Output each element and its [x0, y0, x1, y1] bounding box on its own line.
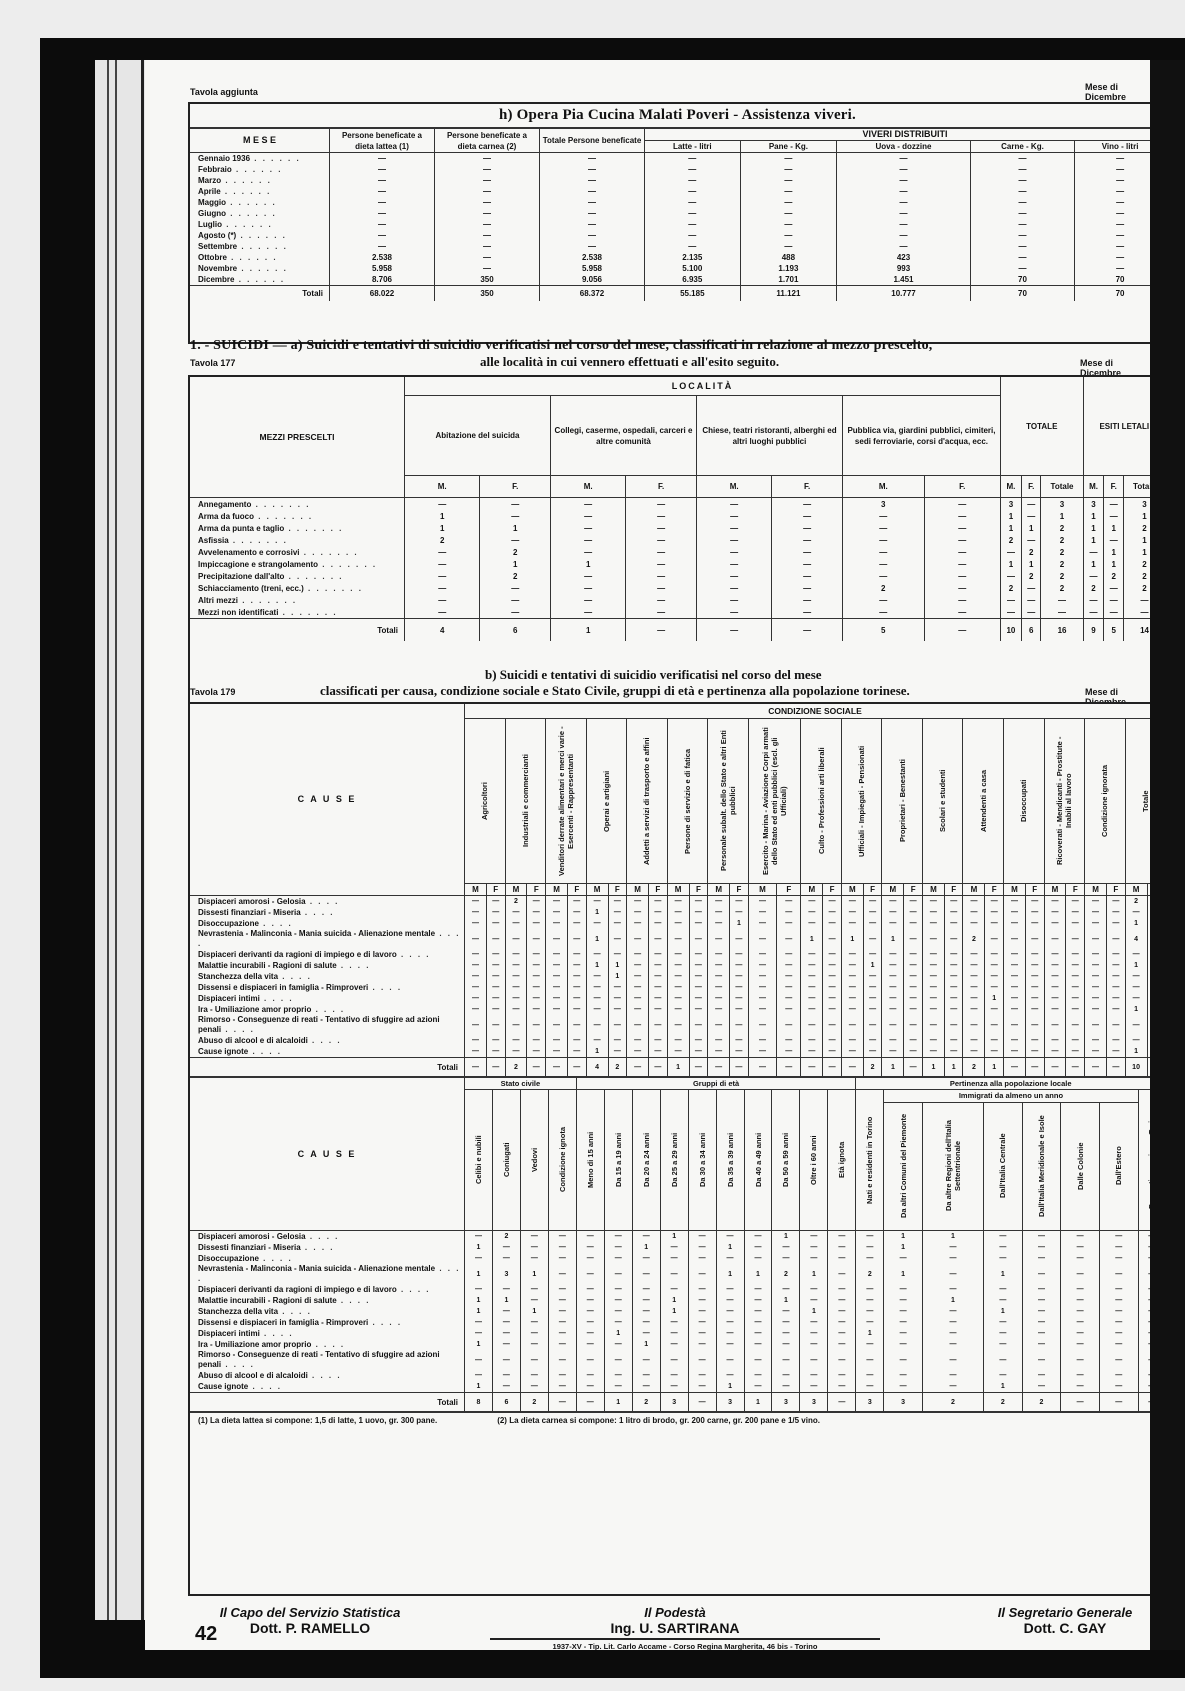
cell-totale: — — [540, 197, 645, 208]
cell: — — [1099, 1328, 1138, 1339]
cell: — — [772, 1370, 800, 1381]
cell: — — [608, 907, 627, 918]
cell: — — [828, 1253, 856, 1264]
cell: — — [1004, 918, 1026, 929]
cell: — — [546, 949, 568, 960]
cell: 1 — [1104, 558, 1124, 570]
cell: — — [882, 918, 904, 929]
col-stato-civile-item: Coniugati — [492, 1090, 520, 1231]
cell: — — [1061, 1231, 1100, 1243]
cell: 1 — [520, 1306, 548, 1317]
leader-dots: . . . . . . . — [278, 608, 337, 617]
cell: 2 — [1021, 570, 1041, 582]
footnotes: (1) La dieta lattea si compone: 1,5 di l… — [190, 1411, 1150, 1428]
cell: — — [882, 1035, 904, 1046]
cell: — — [696, 510, 771, 522]
col-condizione: Disoccupati — [1004, 719, 1045, 884]
cell: — — [527, 929, 546, 949]
cell: — — [985, 1004, 1004, 1015]
cell: — — [1066, 929, 1085, 949]
col-m: M — [465, 884, 487, 896]
cell: — — [486, 993, 505, 1004]
leader-dots: . . . . — [311, 1340, 345, 1349]
cell-totale: — — [540, 175, 645, 186]
table-177-tavola: Tavola 177 — [190, 358, 235, 368]
cell-pane: — — [740, 186, 837, 197]
cell: — — [1066, 907, 1085, 918]
row-cause: Rimorso - Conseguenze di reati - Tentati… — [190, 1015, 465, 1035]
cell: — — [1004, 907, 1026, 918]
cell: — — [856, 1306, 884, 1317]
total-latte: 55.185 — [645, 286, 741, 302]
cell: — — [772, 1242, 800, 1253]
cell: — — [688, 1284, 716, 1295]
cell: — — [505, 993, 527, 1004]
footnote-2: (2) La dieta carnea si compone: 1 litro … — [497, 1416, 820, 1425]
cell: — — [520, 1317, 548, 1328]
col-m: M. — [405, 476, 480, 498]
cell: — — [1061, 1328, 1100, 1339]
col-f: F. — [480, 476, 551, 498]
cell: — — [777, 1004, 801, 1015]
cell-carne: — — [970, 241, 1074, 252]
leader-dots: . . . . . . . — [318, 560, 377, 569]
cell: — — [963, 907, 985, 918]
cell: — — [863, 1046, 882, 1058]
cell: — — [1099, 1242, 1138, 1253]
cell: — — [604, 1295, 632, 1306]
leader-dots: . . . . — [397, 1285, 431, 1294]
row-cause: Dissensi e dispiaceri in famiglia - Rimp… — [190, 1317, 465, 1328]
cell: — — [823, 907, 842, 918]
cell: — — [823, 949, 842, 960]
cell: — — [841, 960, 863, 971]
cell: — — [627, 982, 649, 993]
cell: — — [505, 1015, 527, 1035]
col-stato-civile: Stato civile — [465, 1077, 577, 1090]
table-row: Arma da punta e taglio . . . . . . .11——… — [190, 522, 1150, 534]
cell: — — [1147, 1035, 1150, 1046]
cell: — — [492, 1370, 520, 1381]
cell: — — [772, 1306, 800, 1317]
col-cause: C A U S E — [190, 704, 465, 896]
cell: — — [922, 1004, 944, 1015]
cell: — — [632, 1253, 660, 1264]
cell: — — [1022, 1253, 1061, 1264]
leader-dots: . . . . — [301, 908, 335, 917]
cell: — — [548, 1284, 576, 1295]
cell: — — [800, 1328, 828, 1339]
cell: — — [604, 1350, 632, 1370]
cell: — — [922, 1350, 983, 1370]
cell: — — [604, 1306, 632, 1317]
cell: — — [689, 907, 708, 918]
cell: — — [632, 1264, 660, 1284]
cell: 2 — [1041, 582, 1083, 594]
row-cause: Malattie incurabili - Ragioni di salute … — [190, 960, 465, 971]
col-chiese: Chiese, teatri ristoranti, alberghi ed a… — [696, 396, 842, 476]
cell: — — [1099, 1370, 1138, 1381]
row-mese: Dicembre . . . . . . — [190, 274, 330, 286]
cell: — — [748, 949, 777, 960]
table-row: Dispiaceri intimi . . . .———————————————… — [190, 993, 1150, 1004]
col-f: F — [527, 884, 546, 896]
row-cause: Dispiaceri intimi . . . . — [190, 1328, 465, 1339]
cell: — — [520, 1231, 548, 1243]
cell: — — [568, 982, 587, 993]
cell: — — [1066, 1015, 1085, 1035]
cell: — — [716, 1231, 744, 1243]
cell: — — [730, 982, 749, 993]
cell: — — [1107, 907, 1126, 918]
cell: — — [667, 1015, 689, 1035]
cell: — — [649, 960, 668, 971]
cell-pane: 1.701 — [740, 274, 837, 286]
cell: — — [465, 1370, 493, 1381]
cell: — — [730, 993, 749, 1004]
cell: — — [649, 1035, 668, 1046]
cell-vino: — — [1075, 175, 1150, 186]
table-row: Cause ignote . . . .1————————1———————1——… — [190, 1381, 1150, 1393]
row-cause: Rimorso - Conseguenze di reati - Tentati… — [190, 1350, 465, 1370]
cell: — — [1138, 1370, 1150, 1381]
total-cell: 2 — [505, 1058, 527, 1077]
row-cause: Abuso di alcool e di alcaloidi . . . . — [190, 1370, 465, 1381]
cell: — — [882, 1015, 904, 1035]
cell: — — [882, 982, 904, 993]
cell: — — [884, 1284, 923, 1295]
col-m: M — [1125, 884, 1147, 896]
cell: — — [1025, 1015, 1044, 1035]
cell: — — [922, 949, 944, 960]
col-abitazione: Abitazione del suicida — [405, 396, 551, 476]
cell: — — [963, 949, 985, 960]
cell: 1 — [1083, 558, 1104, 570]
cell: — — [627, 907, 649, 918]
cell: — — [696, 546, 771, 558]
cell: — — [716, 1328, 744, 1339]
total-cell: 4 — [586, 1058, 608, 1077]
cell: — — [608, 1015, 627, 1035]
cell: — — [985, 971, 1004, 982]
col-f: F — [608, 884, 627, 896]
cell: — — [823, 1046, 842, 1058]
cell: — — [1022, 1350, 1061, 1370]
leader-dots: . . . . — [248, 1382, 282, 1391]
cell: — — [586, 896, 608, 908]
total-cell: — — [576, 1393, 604, 1412]
cell: — — [922, 1242, 983, 1253]
cell: — — [924, 534, 1000, 546]
cell-latte_diet: 5.958 — [330, 263, 435, 274]
cell: 2 — [1124, 582, 1150, 594]
cell: — — [405, 594, 480, 606]
cell: — — [801, 1015, 823, 1035]
total-cell: 8 — [465, 1393, 493, 1412]
cell: — — [944, 1015, 963, 1035]
table-row: Dispiaceri intimi . . . .—————1————————1… — [190, 1328, 1150, 1339]
total-cell: 2 — [632, 1393, 660, 1412]
cell: — — [660, 1328, 688, 1339]
cell-uova: — — [837, 219, 971, 230]
col-f: F — [823, 884, 842, 896]
cell: 1 — [632, 1339, 660, 1350]
col-m: M — [708, 884, 730, 896]
cell: — — [604, 1370, 632, 1381]
cell: — — [632, 1317, 660, 1328]
cell-carne: — — [970, 252, 1074, 263]
table-row: Dispiaceri amorosi - Gelosia . . . .—2——… — [190, 1231, 1150, 1243]
cell: — — [1107, 918, 1126, 929]
total-cell: 10 — [1000, 619, 1021, 642]
cell: — — [828, 1295, 856, 1306]
total-cell: 2 — [863, 1058, 882, 1077]
cell: — — [984, 1317, 1023, 1328]
cell: — — [924, 570, 1000, 582]
cell: — — [546, 960, 568, 971]
cell: — — [689, 1046, 708, 1058]
total-cell: — — [772, 619, 843, 642]
cell: — — [856, 1317, 884, 1328]
cell: — — [1085, 896, 1107, 908]
total-carne: 70 — [970, 286, 1074, 302]
cell: — — [777, 960, 801, 971]
row-mezzo: Arma da punta e taglio . . . . . . . — [190, 522, 405, 534]
cell: — — [924, 522, 1000, 534]
cell: 1 — [841, 929, 863, 949]
cell: — — [1022, 1264, 1061, 1284]
table-row: Rimorso - Conseguenze di reati - Tentati… — [190, 1015, 1150, 1035]
col-condizione: Attendenti a casa — [963, 719, 1004, 884]
total-cell: — — [546, 1058, 568, 1077]
cell: — — [604, 1264, 632, 1284]
cell: — — [985, 982, 1004, 993]
cell: — — [1104, 606, 1124, 619]
cell: — — [800, 1284, 828, 1295]
col-m: M — [1085, 884, 1107, 896]
cell: — — [1066, 971, 1085, 982]
cell-uova: — — [837, 186, 971, 197]
cell: — — [548, 1242, 576, 1253]
cell: — — [963, 918, 985, 929]
table-177-title-2: alle località in cui vennero effettuati … — [480, 354, 779, 370]
cell: — — [748, 1046, 777, 1058]
cell: — — [1025, 1035, 1044, 1046]
row-mese: Giugno . . . . . . — [190, 208, 330, 219]
leader-dots: . . . . . . . — [304, 584, 363, 593]
cell: 2 — [405, 534, 480, 546]
cell: — — [801, 918, 823, 929]
cell: — — [772, 1381, 800, 1393]
leader-dots: . . . . — [260, 1329, 294, 1338]
row-mezzo: Annegamento . . . . . . . — [190, 498, 405, 511]
cell: — — [604, 1381, 632, 1393]
cell: — — [924, 510, 1000, 522]
cell: — — [1025, 918, 1044, 929]
cell: — — [486, 1004, 505, 1015]
cell: — — [904, 929, 923, 949]
cell: — — [1044, 960, 1066, 971]
cell-carne: — — [970, 175, 1074, 186]
col-mese: M E S E — [190, 129, 330, 153]
total-cell: 2 — [984, 1393, 1023, 1412]
cell: — — [856, 1381, 884, 1393]
cell: — — [405, 558, 480, 570]
cell: — — [505, 982, 527, 993]
cell-latte: — — [645, 197, 741, 208]
col-f: F. — [626, 476, 697, 498]
cell-carnea_diet: — — [435, 252, 540, 263]
cell: — — [1125, 971, 1147, 982]
cell: — — [626, 498, 697, 511]
cell: — — [708, 993, 730, 1004]
cell: — — [1004, 1015, 1026, 1035]
cell: — — [800, 1350, 828, 1370]
cell: 1 — [772, 1295, 800, 1306]
cell: — — [660, 1284, 688, 1295]
cell: — — [1147, 1004, 1150, 1015]
row-cause: Dispiaceri derivanti da ragioni di impie… — [190, 1284, 465, 1295]
cell: — — [1099, 1284, 1138, 1295]
cell: — — [922, 907, 944, 918]
cell: 1 — [922, 1295, 983, 1306]
cell-carnea_diet: 350 — [435, 274, 540, 286]
row-mezzo: Mezzi non identificati . . . . . . . — [190, 606, 405, 619]
cell: — — [548, 1339, 576, 1350]
table-177-title-1: 1. - SUICIDI — a) Suicidi e tentativi di… — [190, 338, 932, 354]
cell: — — [841, 982, 863, 993]
col-f: F — [689, 884, 708, 896]
col-totale: TOTALE — [1000, 377, 1083, 476]
cell: — — [1066, 960, 1085, 971]
cell-vino: — — [1075, 219, 1150, 230]
cell: 2 — [480, 570, 551, 582]
cell: — — [1044, 896, 1066, 908]
cell: — — [1085, 1004, 1107, 1015]
cell: — — [863, 907, 882, 918]
cell: 3 — [492, 1264, 520, 1284]
cell: — — [963, 1046, 985, 1058]
total-cell: — — [626, 619, 697, 642]
cell: 1 — [800, 1264, 828, 1284]
cell: — — [520, 1381, 548, 1393]
cell: 3 — [1000, 498, 1021, 511]
cell: — — [856, 1284, 884, 1295]
cell: — — [1044, 1035, 1066, 1046]
cell: — — [1044, 929, 1066, 949]
cell: — — [842, 522, 924, 534]
cell: — — [576, 1381, 604, 1393]
cell: — — [660, 1253, 688, 1264]
cell: — — [1004, 982, 1026, 993]
col-m: M — [627, 884, 649, 896]
col-latte-diet: Persone beneficate a dieta lattea (1) — [330, 129, 435, 153]
leader-dots: . . . . . . . — [284, 572, 343, 581]
col-m: M — [1004, 884, 1026, 896]
leader-dots: . . . . — [278, 972, 312, 981]
cell: — — [1004, 1046, 1026, 1058]
cell: — — [649, 1015, 668, 1035]
cell: — — [486, 982, 505, 993]
cell: — — [748, 1035, 777, 1046]
row-mezzo: Altri mezzi . . . . . . . — [190, 594, 405, 606]
row-mezzo: Asfissia . . . . . . . — [190, 534, 405, 546]
table-row: Ira - Umiliazione amor proprio . . . .——… — [190, 1004, 1150, 1015]
cell-carne: — — [970, 164, 1074, 175]
cell: — — [922, 971, 944, 982]
cell: — — [884, 1339, 923, 1350]
cell: 1 — [1124, 510, 1150, 522]
col-latte: Latte - litri — [645, 141, 741, 153]
cell: — — [841, 949, 863, 960]
cell: 1 — [984, 1306, 1023, 1317]
table-h-grid: M E S E Persone beneficate a dieta latte… — [190, 129, 1150, 301]
cell: — — [465, 960, 487, 971]
table-row: Novembre . . . . . .5.958—5.9585.1001.19… — [190, 263, 1150, 274]
cell: — — [882, 949, 904, 960]
cell: — — [823, 1035, 842, 1046]
cell-carne: — — [970, 197, 1074, 208]
table-row: Dicembre . . . . . .8.7063509.0566.9351.… — [190, 274, 1150, 286]
cell: — — [828, 1231, 856, 1243]
cell-pane: — — [740, 197, 837, 208]
cell: — — [486, 896, 505, 908]
col-cause-2: C A U S E — [190, 1077, 465, 1231]
total-cell: — — [708, 1058, 730, 1077]
cell: — — [660, 1317, 688, 1328]
cell: 1 — [1083, 522, 1104, 534]
cell-totale: 5.958 — [540, 263, 645, 274]
cell: — — [922, 1317, 983, 1328]
cell: 1 — [884, 1264, 923, 1284]
cell: — — [1025, 929, 1044, 949]
cell: — — [1025, 982, 1044, 993]
row-cause: Malattie incurabili - Ragioni di salute … — [190, 1295, 465, 1306]
cell: — — [922, 960, 944, 971]
cell: 1 — [586, 929, 608, 949]
cell: — — [772, 1328, 800, 1339]
cell: — — [632, 1284, 660, 1295]
cell-pane: — — [740, 230, 837, 241]
cell: — — [604, 1317, 632, 1328]
cell: — — [1099, 1231, 1138, 1243]
cell: — — [1107, 1035, 1126, 1046]
cell: — — [744, 1295, 772, 1306]
signature-capo-servizio: Il Capo del Servizio Statistica Dott. P.… — [200, 1605, 420, 1636]
cell-totale: — — [540, 219, 645, 230]
col-f: F. — [772, 476, 843, 498]
row-mezzo: Schiacciamento (treni, ecc.) . . . . . .… — [190, 582, 405, 594]
cell: — — [856, 1231, 884, 1243]
table-row: Giugno . . . . . .———————— — [190, 208, 1150, 219]
cell: — — [801, 1046, 823, 1058]
col-m: M — [586, 884, 608, 896]
cell: — — [1000, 606, 1021, 619]
cell: — — [744, 1328, 772, 1339]
cell: — — [492, 1242, 520, 1253]
cell-uova: — — [837, 241, 971, 252]
cell: 1 — [744, 1264, 772, 1284]
cell: 1 — [465, 1264, 493, 1284]
cell: — — [708, 929, 730, 949]
cell: — — [492, 1284, 520, 1295]
cell: — — [1061, 1284, 1100, 1295]
cell: 2 — [1041, 546, 1083, 558]
table-row: Gennaio 1936 . . . . . .———————— — [190, 153, 1150, 165]
cell-uova: 1.451 — [837, 274, 971, 286]
cell: — — [1066, 896, 1085, 908]
cell-latte_diet: 2.538 — [330, 252, 435, 263]
